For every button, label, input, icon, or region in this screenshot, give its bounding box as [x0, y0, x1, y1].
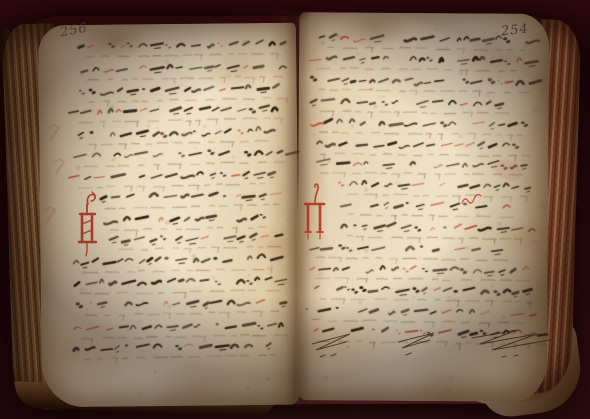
right-page — [297, 12, 550, 402]
left-page — [38, 23, 300, 408]
photo-scene: 256 254 — [0, 0, 590, 419]
